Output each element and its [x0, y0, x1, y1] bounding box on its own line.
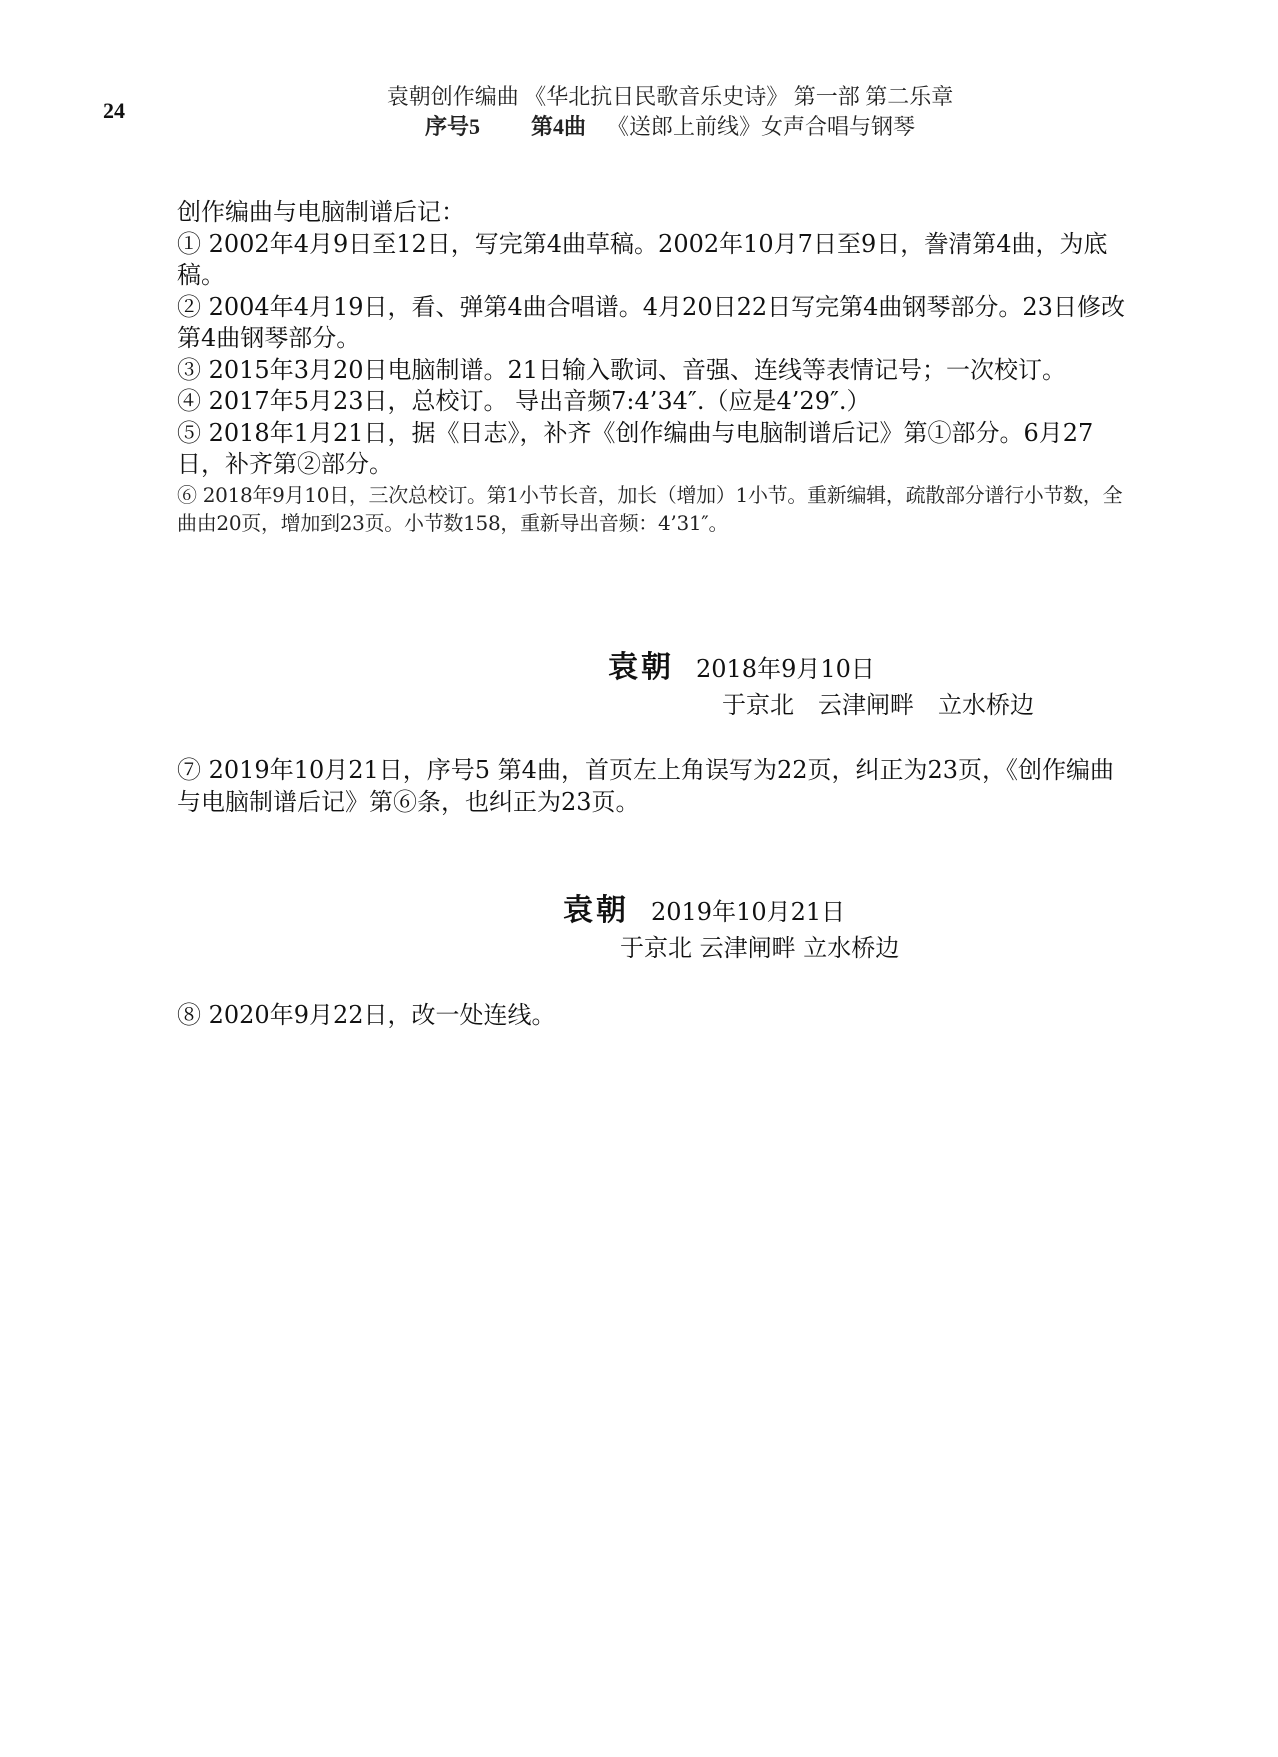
header-piece-number: 第4曲: [531, 114, 586, 139]
header-line-piece: 序号5 第4曲 《送郎上前线》女声合唱与钢琴: [330, 112, 1010, 142]
afterword-section-final: ⑧ 2020年9月22日，改一处连线。: [177, 1000, 1137, 1032]
header-piece-title: 《送郎上前线》女声合唱与钢琴: [607, 114, 915, 139]
author-signature: 袁朝: [608, 650, 674, 685]
afterword-item-8: ⑧ 2020年9月22日，改一处连线。: [177, 1000, 1137, 1032]
afterword-item-5: ⑤ 2018年1月21日，据《日志》，补齐《创作编曲与电脑制谱后记》第①部分。6…: [177, 418, 1137, 481]
afterword-item-1: ① 2002年4月9日至12日，写完第4曲草稿。2002年10月7日至9日，誊清…: [177, 229, 1137, 292]
signature-block-2019: 袁朝2019年10月21日 于京北 云津闸畔 立水桥边: [563, 893, 899, 966]
signature-place: 于京北 云津闸畔 立水桥边: [563, 930, 899, 966]
afterword-item-7: ⑦ 2019年10月21日，序号5 第4曲，首页左上角误写为22页，纠正为23页…: [177, 755, 1137, 818]
afterword-section-continued: ⑦ 2019年10月21日，序号5 第4曲，首页左上角误写为22页，纠正为23页…: [177, 755, 1137, 818]
header-sequence-number: 序号5: [425, 114, 480, 139]
afterword-item-3: ③ 2015年3月20日电脑制谱。21日输入歌词、音强、连线等表情记号；一次校订…: [177, 355, 1137, 387]
signature-place: 于京北 云津闸畔 立水桥边: [608, 687, 1034, 723]
author-signature: 袁朝: [563, 893, 629, 928]
afterword-item-2: ② 2004年4月19日，看、弹第4曲合唱谱。4月20日22日写完第4曲钢琴部分…: [177, 292, 1137, 355]
signature-date: 2019年10月21日: [651, 898, 845, 926]
afterword-section: 创作编曲与电脑制谱后记： ① 2002年4月9日至12日，写完第4曲草稿。200…: [177, 197, 1137, 537]
afterword-item-6: ⑥ 2018年9月10日，三次总校订。第1小节长音，加长（增加）1小节。重新编辑…: [177, 481, 1137, 537]
afterword-item-4: ④ 2017年5月23日，总校订。 导出音频7:4’34″.（应是4’29″.）: [177, 386, 1137, 418]
header-line-work-title: 袁朝创作编曲 《华北抗日民歌音乐史诗》 第一部 第二乐章: [330, 82, 1010, 112]
page-number: 24: [103, 98, 125, 124]
signature-block-2018: 袁朝2018年9月10日 于京北 云津闸畔 立水桥边: [608, 650, 1034, 723]
page-header: 袁朝创作编曲 《华北抗日民歌音乐史诗》 第一部 第二乐章 序号5 第4曲 《送郎…: [330, 82, 1010, 142]
afterword-title: 创作编曲与电脑制谱后记：: [177, 197, 1137, 229]
signature-date: 2018年9月10日: [696, 655, 875, 683]
